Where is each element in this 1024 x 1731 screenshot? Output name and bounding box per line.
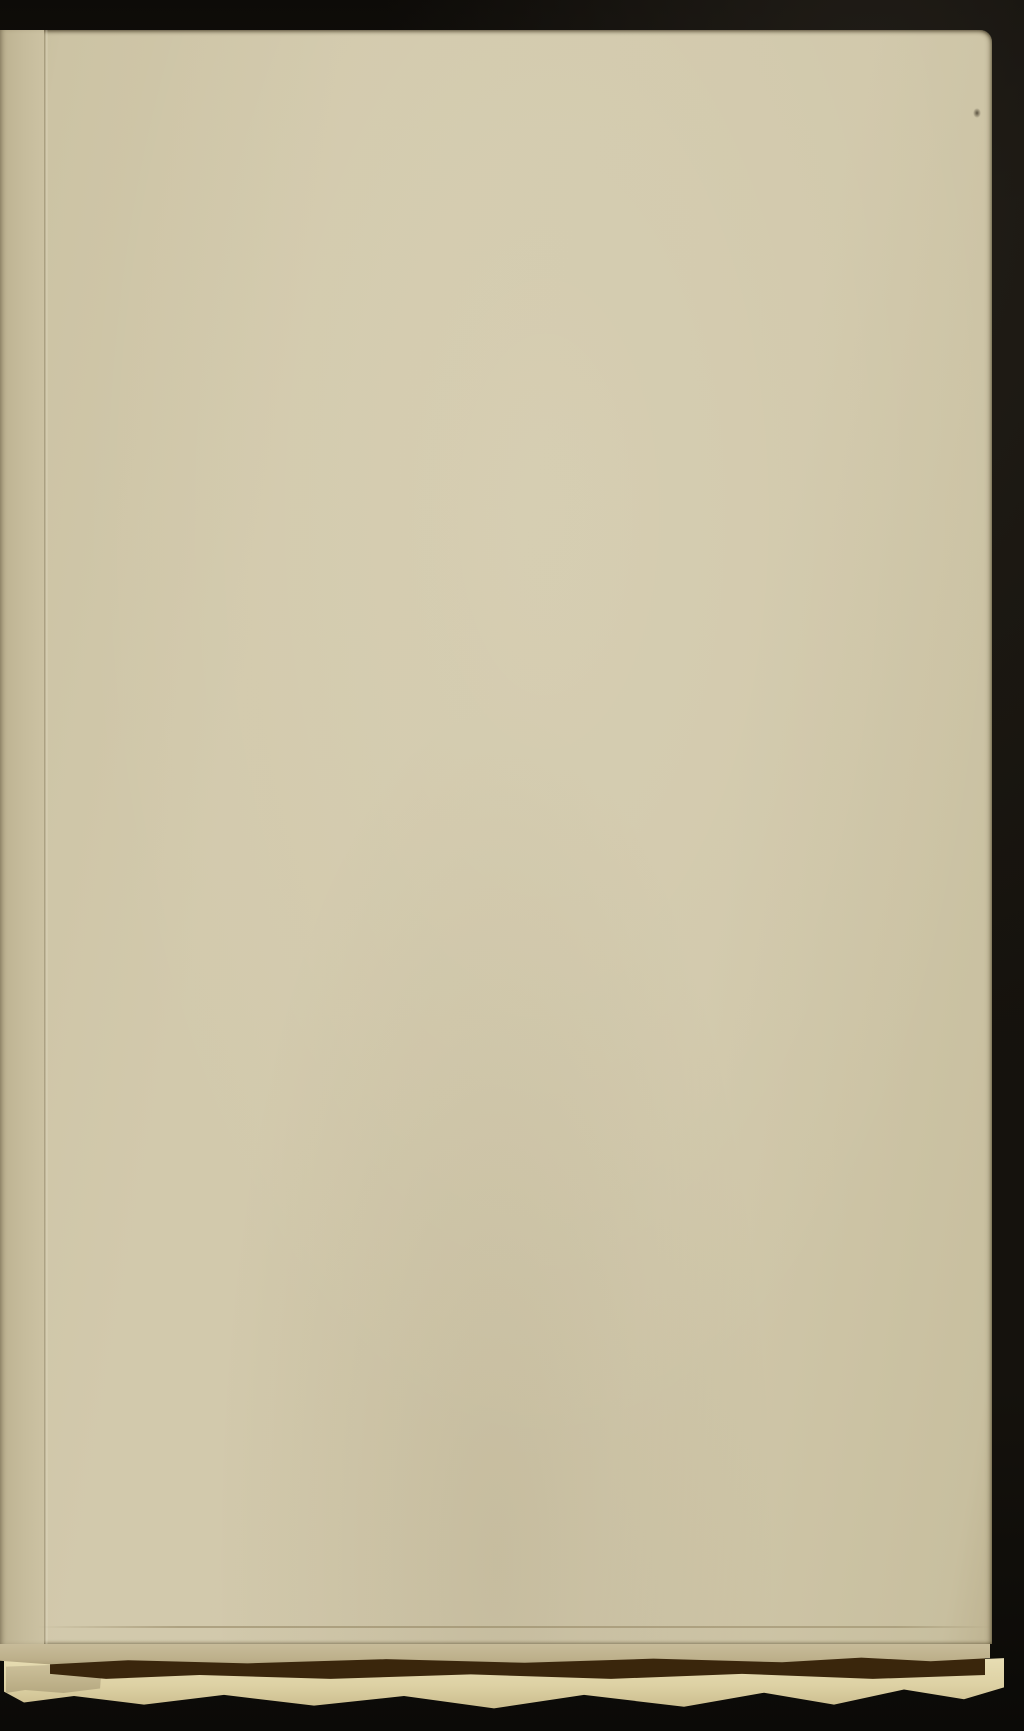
binding-gutter-shading bbox=[0, 30, 44, 1644]
book-scan-photo: { "colors": { "background": "#15120d", "… bbox=[0, 0, 1024, 1731]
bottom-crease-line bbox=[36, 1626, 992, 1628]
gutter-crease-line bbox=[44, 30, 48, 1644]
foxing-spot bbox=[973, 108, 981, 118]
book-page bbox=[0, 30, 992, 1644]
